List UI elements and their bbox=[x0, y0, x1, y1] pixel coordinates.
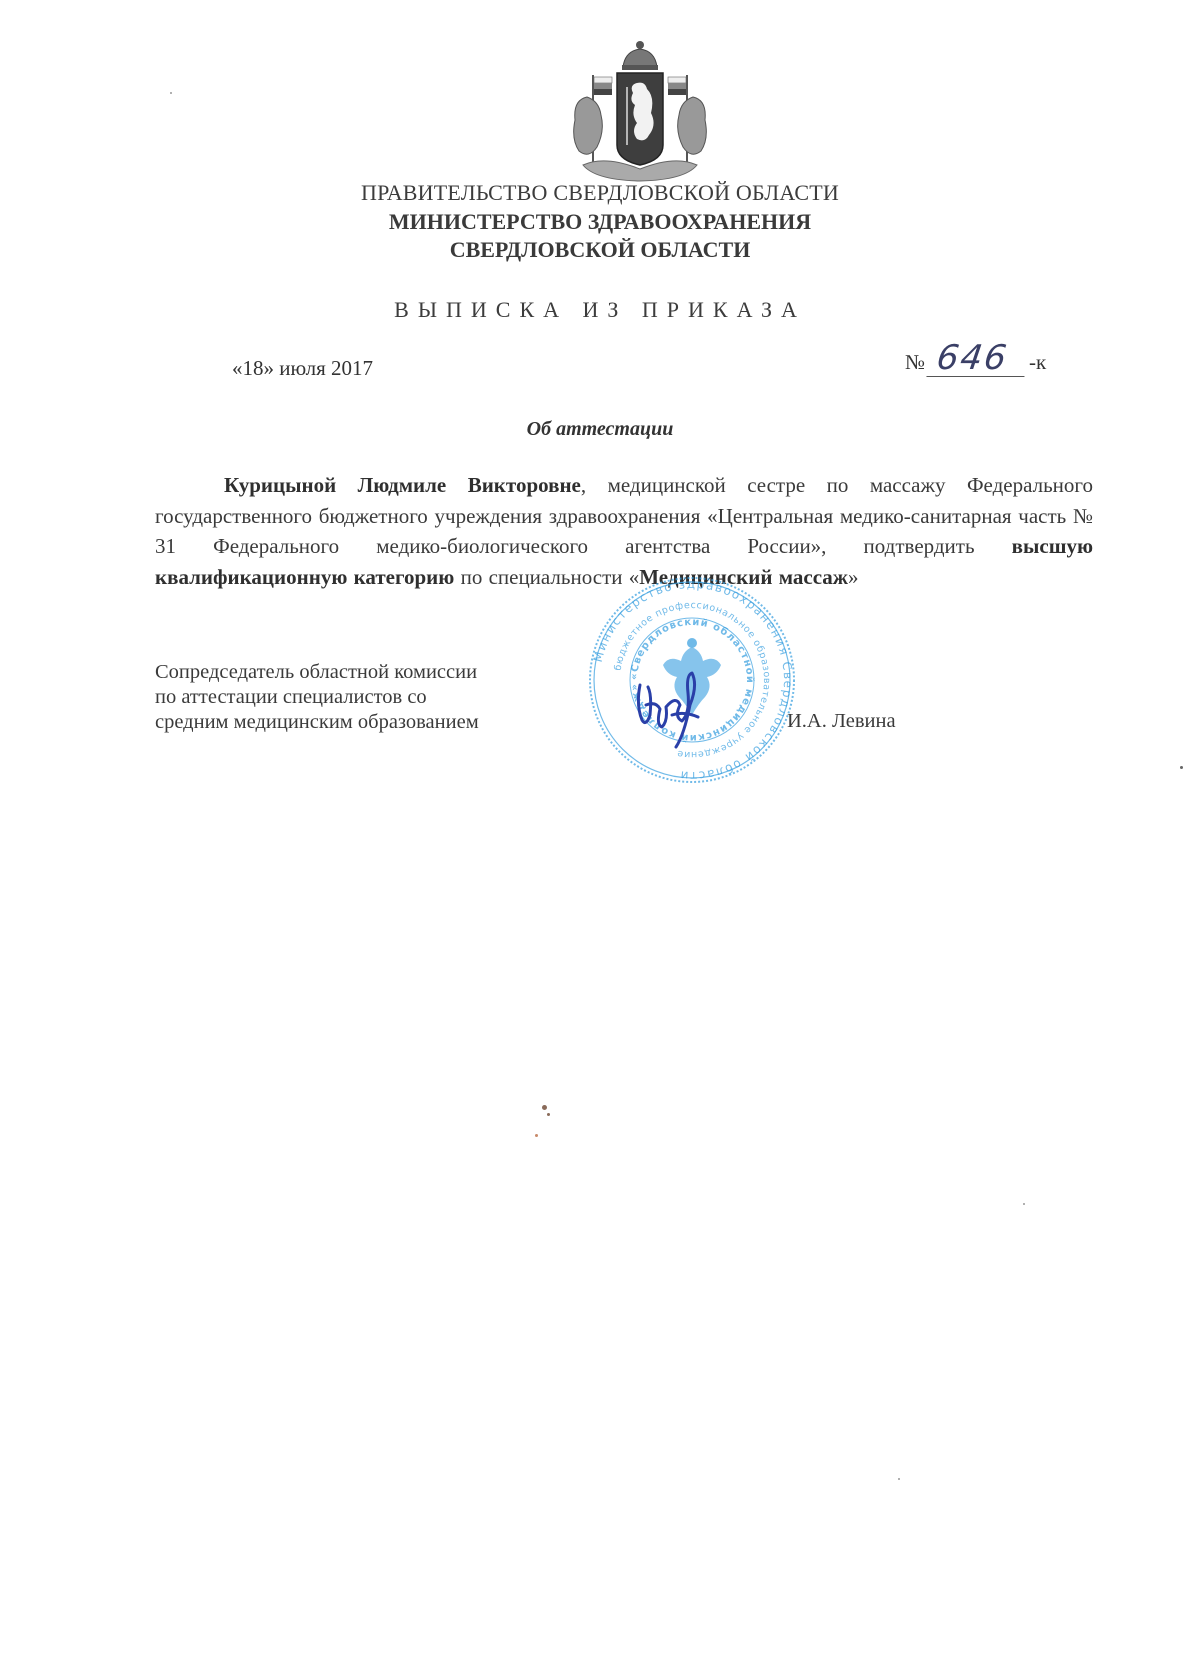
svg-text:бюджетное профессиональное обр: бюджетное профессиональное образовательн… bbox=[613, 600, 772, 760]
order-body: Курицыной Людмиле Викторовне, медицинско… bbox=[155, 470, 1093, 592]
government-name: ПРАВИТЕЛЬСТВО СВЕРДЛОВСКОЙ ОБЛАСТИ bbox=[0, 180, 1200, 206]
svg-text:Министерство здравоохранения С: Министерство здравоохранения Свердловско… bbox=[591, 577, 795, 783]
official-stamp-icon: Министерство здравоохранения Свердловско… bbox=[585, 575, 800, 785]
svg-text:«Свердловский областной медици: «Свердловский областной медицинский колл… bbox=[629, 617, 755, 743]
scan-speck bbox=[898, 1478, 900, 1480]
signer-name: И.А. Левина bbox=[787, 710, 896, 733]
order-number: № 646 -к bbox=[905, 340, 1046, 377]
body-text-3: » bbox=[848, 565, 859, 589]
ministry-name: МИНИСТЕРСТВО ЗДРАВООХРАНЕНИЯ СВЕРДЛОВСКО… bbox=[0, 208, 1200, 264]
handwritten-order-number: 646 bbox=[926, 340, 1029, 377]
scan-speck bbox=[535, 1134, 538, 1137]
signatory-position: Сопредседатель областной комиссии по атт… bbox=[155, 660, 479, 735]
number-suffix: -к bbox=[1029, 350, 1046, 377]
position-line-3: средним медицинским образованием bbox=[155, 710, 479, 735]
position-line-1: Сопредседатель областной комиссии bbox=[155, 660, 479, 685]
scan-speck bbox=[1180, 766, 1183, 769]
scan-speck bbox=[542, 1105, 547, 1110]
handwritten-signature-icon bbox=[632, 665, 707, 750]
body-text-2: по специальности « bbox=[454, 565, 639, 589]
scan-speck bbox=[170, 92, 172, 94]
coat-of-arms-icon bbox=[565, 35, 715, 185]
number-sign: № bbox=[905, 350, 925, 377]
document-title: ВЫПИСКА ИЗ ПРИКАЗА bbox=[0, 297, 1200, 323]
scan-speck bbox=[1023, 1203, 1025, 1205]
position-line-2: по аттестации специалистов со bbox=[155, 685, 479, 710]
order-date: «18» июля 2017 bbox=[232, 356, 373, 381]
scan-speck bbox=[547, 1113, 550, 1116]
ministry-line-2: СВЕРДЛОВСКОЙ ОБЛАСТИ bbox=[0, 236, 1200, 264]
ministry-line-1: МИНИСТЕРСТВО ЗДРАВООХРАНЕНИЯ bbox=[0, 208, 1200, 236]
person-name: Курицыной Людмиле Викторовне bbox=[224, 473, 581, 497]
order-subject: Об аттестации bbox=[0, 418, 1200, 441]
document-page: ПРАВИТЕЛЬСТВО СВЕРДЛОВСКОЙ ОБЛАСТИ МИНИС… bbox=[0, 0, 1200, 1654]
specialty: Медицинский массаж bbox=[639, 565, 848, 589]
